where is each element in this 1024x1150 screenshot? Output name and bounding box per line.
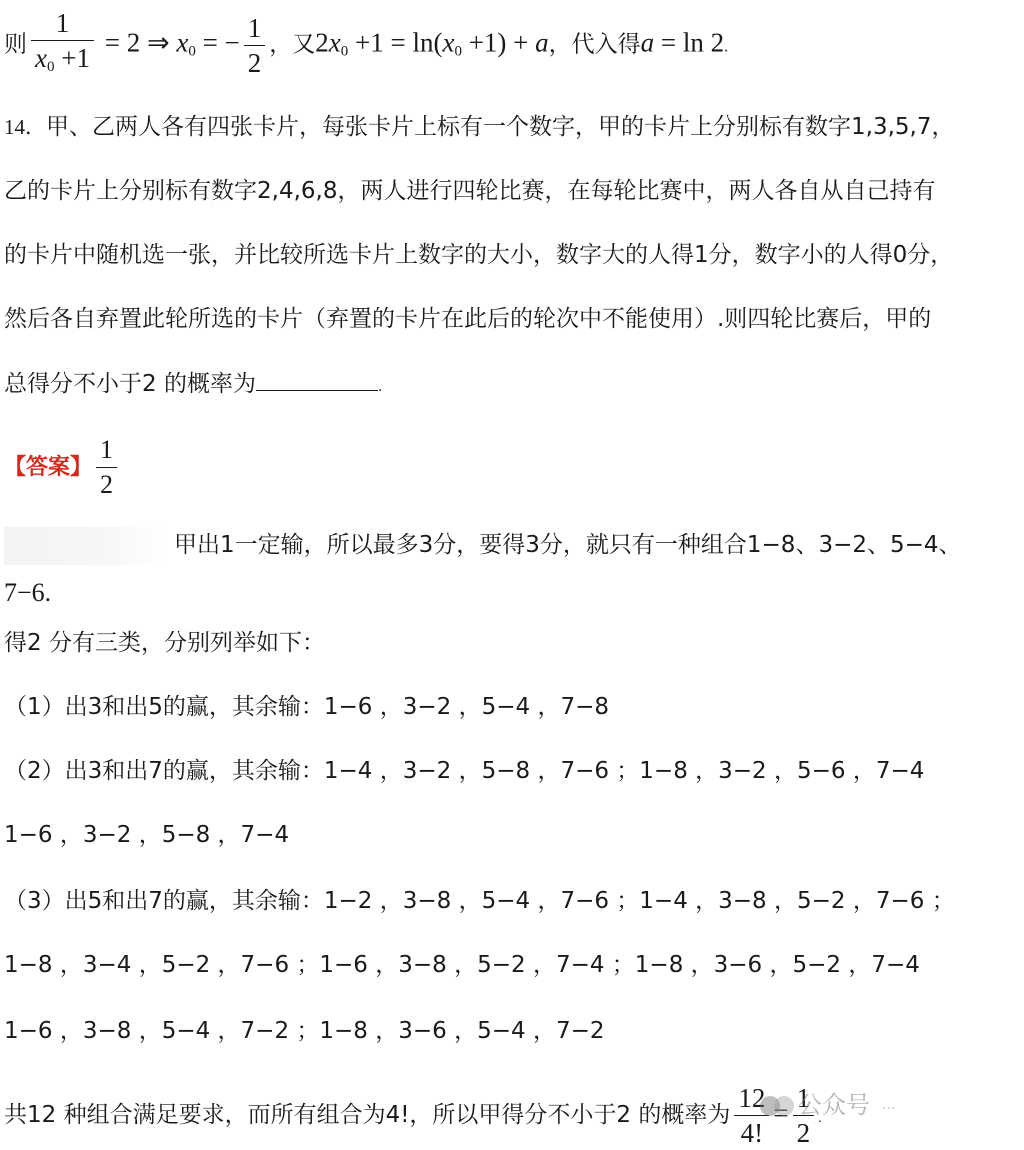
equation-part: +1 = ln( — [348, 28, 442, 58]
connector-text: ，又 — [269, 32, 315, 58]
question-line-1: 14．甲、乙两人各有四张卡片，每张卡片上标有一个数字，甲的卡片上分别标有数字1,… — [4, 112, 954, 142]
period: . — [378, 379, 382, 395]
subscript: 0 — [188, 44, 196, 60]
watermark: 公众号··· — [760, 1085, 895, 1120]
equation-part: = 2 ⇒ — [98, 28, 176, 58]
case-text: 1−6 ，3−8 ，5−4 ，7−2 ；1−8 ，3−6 ，5−4 ，7−2 — [4, 1018, 604, 1044]
prefix-text: 则 — [4, 32, 27, 58]
subscript: 0 — [454, 44, 462, 60]
answer-label: 【答案】 — [4, 455, 92, 480]
variable-x: x — [442, 28, 454, 58]
explanation-line-1: 甲出1一定输，所以最多3分，要得3分，就只有一种组合1−8、3−2、5−4、 — [4, 525, 962, 565]
conclusion-line: 共12 种组合满足要求，而所有组合为4!，所以甲得分不小于2 的概率为 12 4… — [4, 1078, 822, 1150]
variable-x: x — [329, 28, 341, 58]
case-text: （3）出5和出7的赢，其余输：1−2 ，3−8 ，5−4 ，7−6 ；1−4 ，… — [4, 888, 955, 914]
question-line-2: 乙的卡片上分别标有数字2,4,6,8，两人进行四轮比赛，在每轮比赛中，两人各自从… — [4, 176, 935, 206]
fraction-1-over-x0-plus-1: 1 x0 +1 — [31, 6, 94, 84]
variable-a: a — [641, 28, 655, 58]
case-text: 1−6 ，3−2 ，5−8 ，7−4 — [4, 822, 289, 848]
explanation-text: 得2 分有三类，分别列举如下： — [4, 630, 325, 656]
prev-solution-line: 则 1 x0 +1 = 2 ⇒ x0 = − 1 2 ，又2x0 +1 = ln… — [4, 6, 728, 87]
equation-part: = − — [196, 28, 240, 58]
fraction-one-half: 1 2 — [244, 11, 266, 80]
question-line-5: 总得分不小于2 的概率为. — [4, 368, 382, 402]
question-text: 总得分不小于2 的概率为 — [4, 371, 256, 397]
answer-blank — [256, 368, 378, 391]
wechat-logo-icon — [774, 1096, 794, 1116]
explanation-line-2: 7−6. — [4, 578, 51, 609]
question-text: 乙的卡片上分别标有数字2,4,6,8，两人进行四轮比赛，在每轮比赛中，两人各自从… — [4, 178, 935, 204]
period: . — [724, 39, 728, 56]
case-text: 1−8 ，3−4 ，5−2 ，7−6 ；1−6 ，3−8 ，5−2 ，7−4 ；… — [4, 952, 920, 978]
question-text: 然后各自弃置此轮所选的卡片（弃置的卡片在此后的轮次中不能使用）.则四轮比赛后，甲… — [4, 306, 931, 332]
question-text: 的卡片中随机选一张，并比较所选卡片上数字的大小，数字大的人得1分，数字小的人得0… — [4, 242, 953, 268]
case-3-line-b: 1−8 ，3−4 ，5−2 ，7−6 ；1−6 ，3−8 ，5−2 ，7−4 ；… — [4, 950, 920, 980]
fraction-numerator: 1 — [31, 6, 94, 40]
case-text: （1）出3和出5的赢，其余输：1−6 ，3−2 ，5−4 ，7−8 — [4, 694, 609, 720]
case-3-line-c: 1−6 ，3−8 ，5−4 ，7−2 ；1−8 ，3−6 ，5−4 ，7−2 — [4, 1016, 604, 1046]
case-2-line-a: （2）出3和出7的赢，其余输：1−4 ，3−2 ，5−8 ，7−6 ；1−8 ，… — [4, 756, 924, 786]
answer-fraction: 1 2 — [96, 433, 117, 502]
explanation-text: 7−6. — [4, 578, 51, 607]
variable-a: a — [535, 28, 549, 58]
watermark-text: 公众号 — [798, 1091, 870, 1119]
conclusion-text: 共12 种组合满足要求，而所有组合为4!，所以甲得分不小于2 的概率为 — [4, 1102, 730, 1128]
case-text: （2）出3和出7的赢，其余输：1−4 ，3−2 ，5−8 ，7−6 ；1−8 ，… — [4, 758, 924, 784]
case-3-line-a: （3）出5和出7的赢，其余输：1−2 ，3−8 ，5−4 ，7−6 ；1−4 ，… — [4, 886, 955, 916]
result-value: = ln 2 — [654, 28, 724, 58]
fraction-denominator: x0 +1 — [31, 40, 94, 84]
explanation-line-3: 得2 分有三类，分别列举如下： — [4, 628, 325, 658]
question-number: 14． — [4, 115, 46, 139]
question-line-3: 的卡片中随机选一张，并比较所选卡片上数字的大小，数字大的人得1分，数字小的人得0… — [4, 240, 953, 270]
equation-part: 2 — [315, 28, 329, 58]
redacted-label — [4, 527, 170, 565]
explanation-text: 甲出1一定输，所以最多3分，要得3分，就只有一种组合1−8、3−2、5−4、 — [174, 532, 962, 558]
equation-part: +1) + — [462, 28, 535, 58]
variable-x: x — [176, 28, 188, 58]
answer-line: 【答案】 1 2 — [4, 432, 121, 503]
question-text: 甲、乙两人各有四张卡片，每张卡片上标有一个数字，甲的卡片上分别标有数字1,3,5… — [46, 114, 954, 140]
watermark-dots: ··· — [882, 1101, 895, 1117]
connector-text: ，代入得 — [549, 32, 641, 58]
case-1-line: （1）出3和出5的赢，其余输：1−6 ，3−2 ，5−4 ，7−8 — [4, 692, 609, 722]
case-2-line-b: 1−6 ，3−2 ，5−8 ，7−4 — [4, 820, 289, 850]
question-line-4: 然后各自弃置此轮所选的卡片（弃置的卡片在此后的轮次中不能使用）.则四轮比赛后，甲… — [4, 304, 931, 334]
